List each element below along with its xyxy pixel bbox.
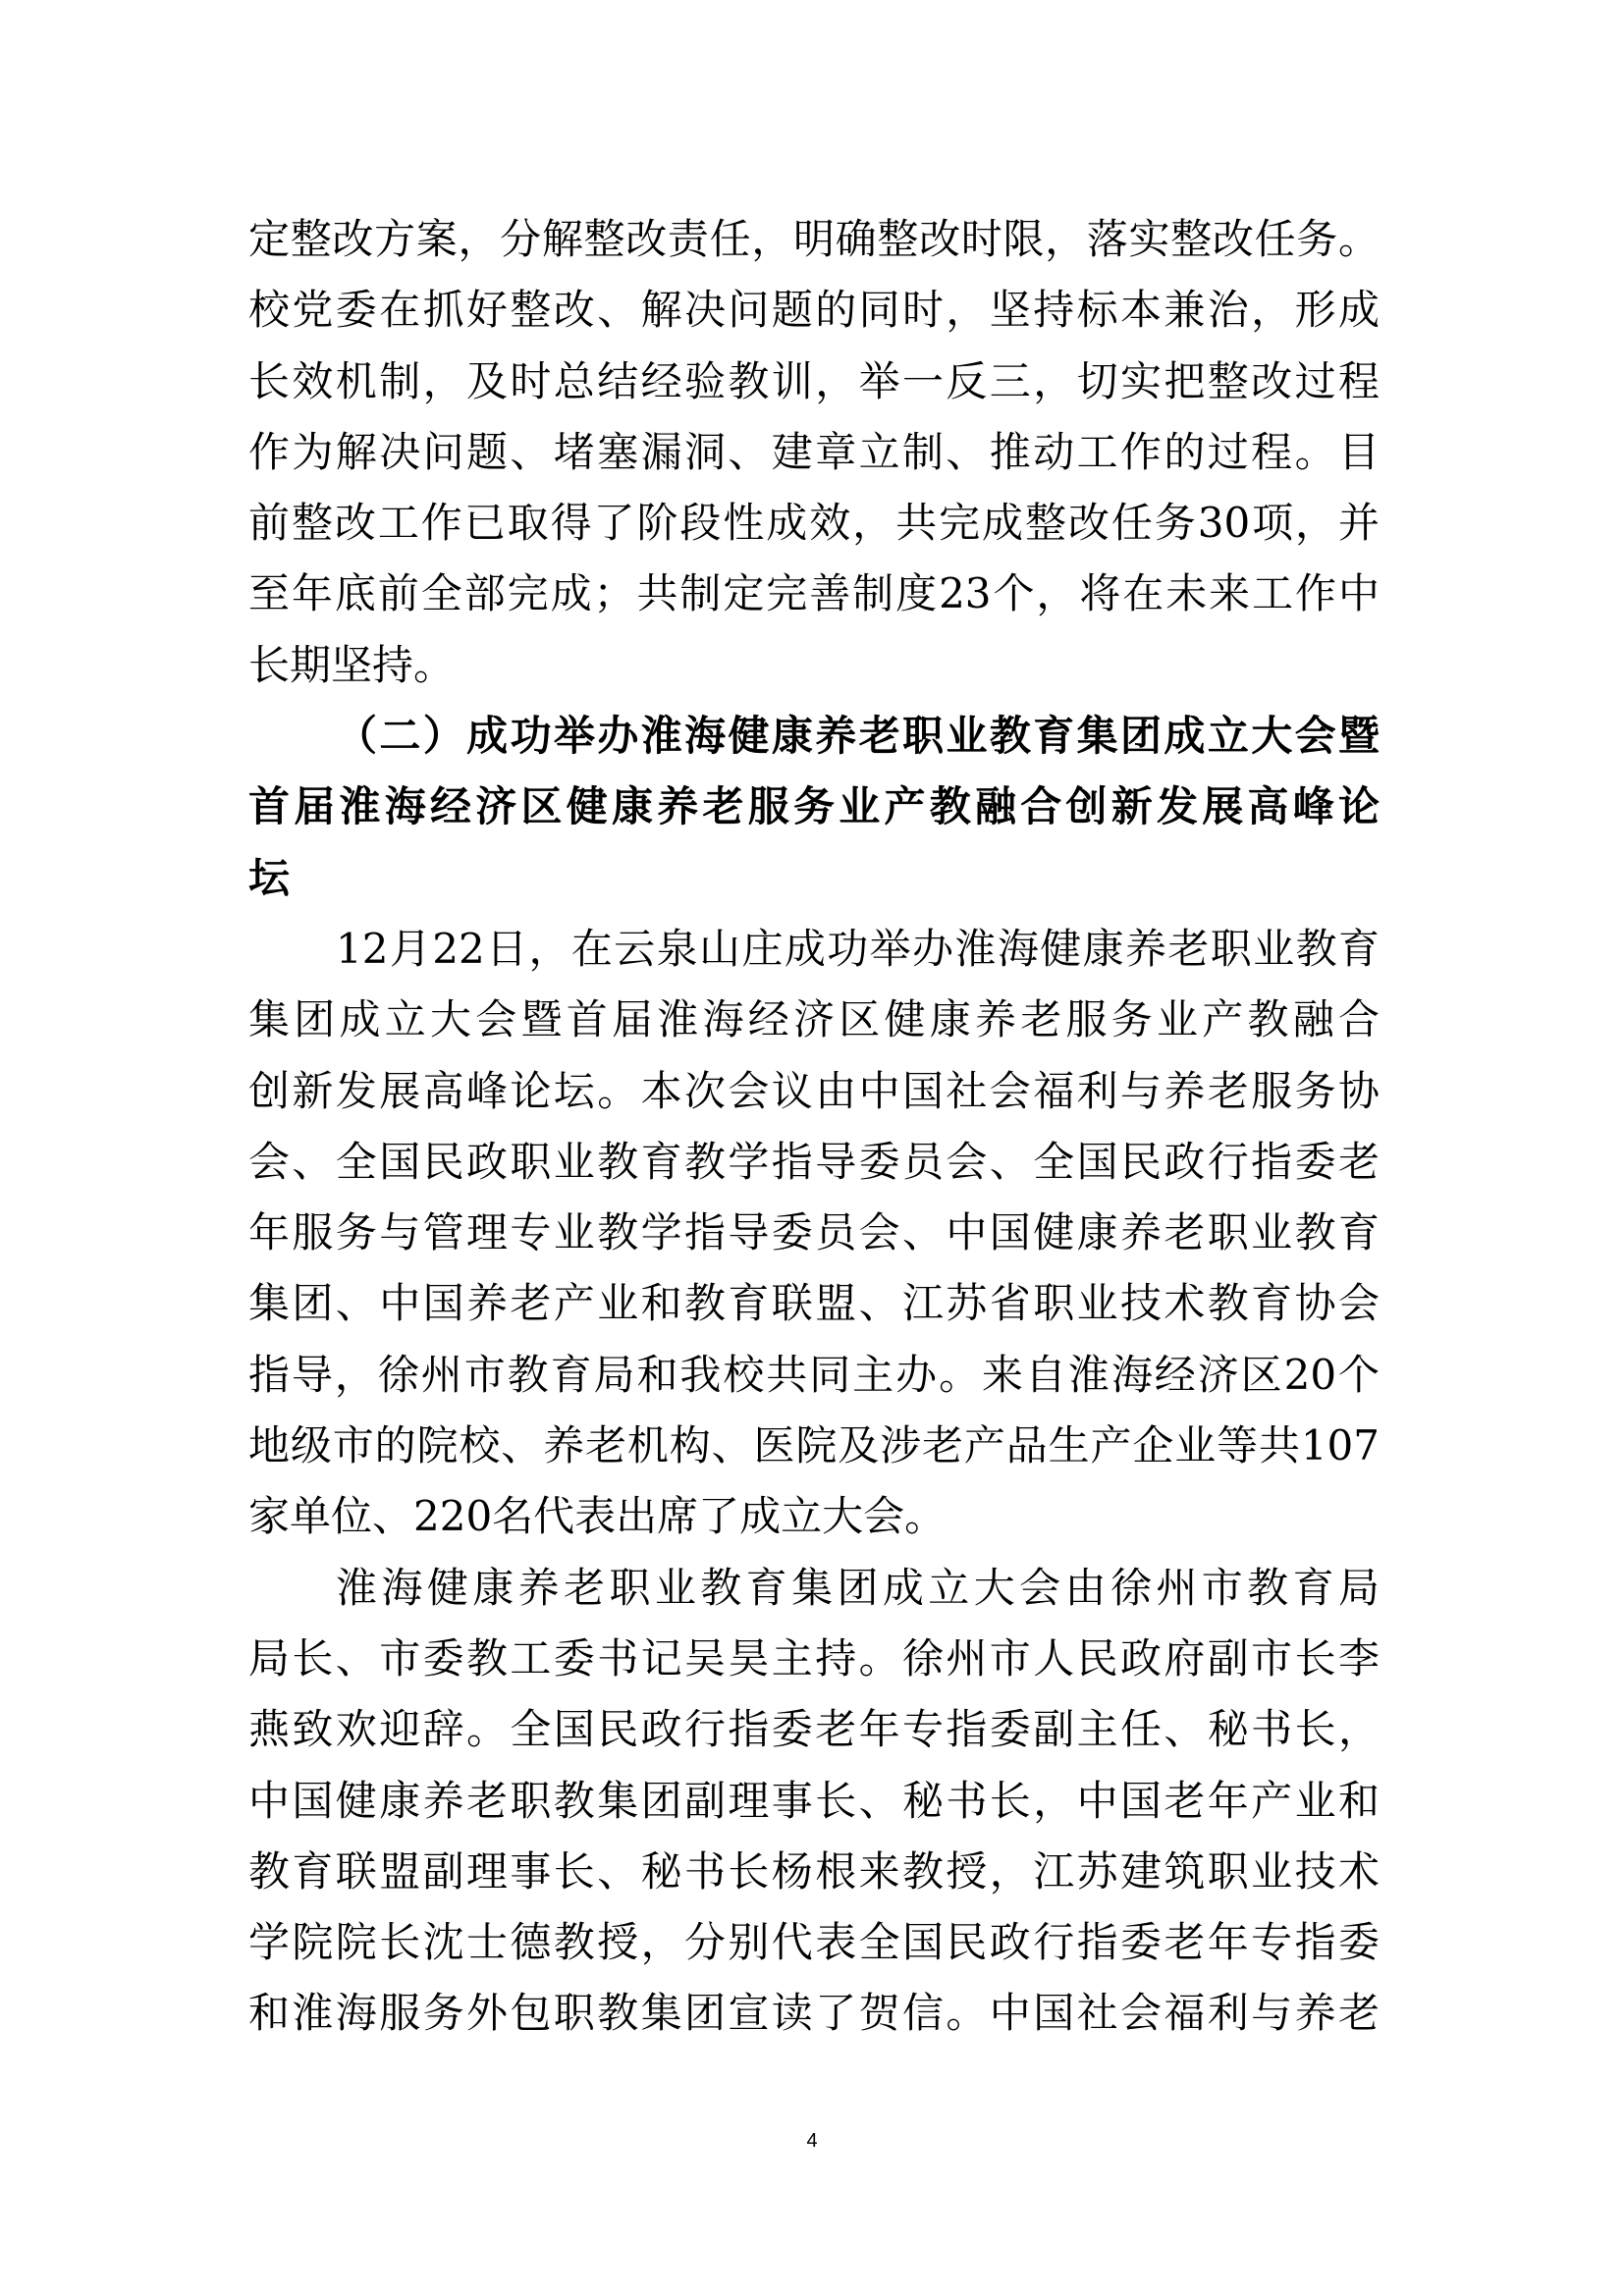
text-line: 长效机制，及时总结经验教训，举一反三，切实把整改过程 [248, 347, 1380, 417]
paragraph-event-description: 12月22日，在云泉山庄成功举办淮海健康养老职业教育 集团成立大会暨首届淮海经济… [248, 914, 1380, 1553]
text-line: 地级市的院校、养老机构、医院及涉老产品生产企业等共107 [248, 1411, 1380, 1481]
text-line: 燕致欢迎辞。全国民政行指委老年专指委副主任、秘书长， [248, 1694, 1380, 1765]
text-line: 会、全国民政职业教育教学指导委员会、全国民政行指委老 [248, 1127, 1380, 1198]
text-line: 中国健康养老职教集团副理事长、秘书长，中国老年产业和 [248, 1766, 1380, 1837]
text-line: 局长、市委教工委书记吴昊主持。徐州市人民政府副市长李 [248, 1624, 1380, 1694]
document-body: 定整改方案，分解整改责任，明确整改时限，落实整改任务。 校党委在抓好整改、解决问… [248, 204, 1380, 2050]
text-line: 定整改方案，分解整改责任，明确整改时限，落实整改任务。 [248, 204, 1380, 275]
text-line: 12月22日，在云泉山庄成功举办淮海健康养老职业教育 [248, 914, 1380, 985]
text-line: 学院院长沈士德教授，分别代表全国民政行指委老年专指委 [248, 1907, 1380, 1978]
text-line: 集团成立大会暨首届淮海经济区健康养老服务业产教融合 [248, 985, 1380, 1055]
text-line: 家单位、220名代表出席了成立大会。 [248, 1481, 1380, 1552]
text-line: 至年底前全部完成；共制定完善制度23个，将在未来工作中 [248, 559, 1380, 629]
text-line: 集团、中国养老产业和教育联盟、江苏省职业技术教育协会 [248, 1268, 1380, 1339]
text-line: 年服务与管理专业教学指导委员会、中国健康养老职业教育 [248, 1198, 1380, 1268]
text-line: 校党委在抓好整改、解决问题的同时，坚持标本兼治，形成 [248, 275, 1380, 346]
paragraph-rectification-summary: 定整改方案，分解整改责任，明确整改时限，落实整改任务。 校党委在抓好整改、解决问… [248, 204, 1380, 701]
text-line: 指导，徐州市教育局和我校共同主办。来自淮海经济区20个 [248, 1340, 1380, 1411]
paragraph-founding-conference: 淮海健康养老职业教育集团成立大会由徐州市教育局 局长、市委教工委书记吴昊主持。徐… [248, 1553, 1380, 2050]
text-line: 淮海健康养老职业教育集团成立大会由徐州市教育局 [248, 1553, 1380, 1624]
text-line: 前整改工作已取得了阶段性成效，共完成整改任务30项，并 [248, 488, 1380, 559]
heading-line: 坛 [248, 843, 1380, 914]
text-line: 长期坚持。 [248, 630, 1380, 701]
heading-line: 首届淮海经济区健康养老服务业产教融合创新发展高峰论 [248, 772, 1380, 842]
heading-line: （二）成功举办淮海健康养老职业教育集团成立大会暨 [248, 701, 1380, 772]
page-number: 4 [799, 2128, 825, 2154]
text-line: 作为解决问题、堵塞漏洞、建章立制、推动工作的过程。目 [248, 417, 1380, 488]
text-line: 创新发展高峰论坛。本次会议由中国社会福利与养老服务协 [248, 1056, 1380, 1127]
text-line: 教育联盟副理事长、秘书长杨根来教授，江苏建筑职业技术 [248, 1837, 1380, 1907]
text-line: 和淮海服务外包职教集团宣读了贺信。中国社会福利与养老 [248, 1978, 1380, 2049]
document-page: 定整改方案，分解整改责任，明确整改时限，落实整改任务。 校党委在抓好整改、解决问… [0, 0, 1624, 2296]
section-heading: （二）成功举办淮海健康养老职业教育集团成立大会暨 首届淮海经济区健康养老服务业产… [248, 701, 1380, 914]
